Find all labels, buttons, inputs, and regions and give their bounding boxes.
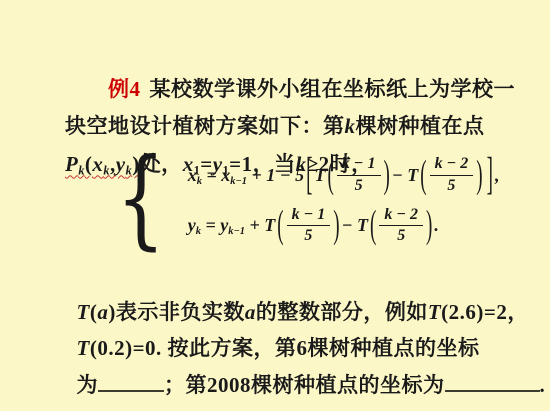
minus: − [342, 215, 357, 235]
sub-k-minus-1: k−1 [228, 226, 245, 237]
example-value: (2.6)=2 [441, 300, 507, 324]
example-value: (0.2)=0. [90, 336, 162, 360]
equations: xk = xk−1 + 1 − 5 [ T ( k − 15 ) − T ( k… [188, 155, 500, 246]
op-plus: + [245, 215, 264, 235]
var-k: k [345, 114, 356, 138]
var-a: a [97, 300, 108, 324]
bracket-open: [ [306, 152, 312, 198]
denominator: 5 [397, 226, 405, 245]
func-T: T [357, 215, 368, 235]
bracket-close: ] [487, 152, 493, 198]
sub-k: k [78, 163, 85, 177]
numerator: k − 2 [430, 155, 474, 175]
definition-line-1: T(a)表示非负实数a的整数部分，例如T(2.6)=2， [42, 258, 550, 294]
minus: − [392, 165, 407, 185]
op-minus-T: − T [342, 215, 368, 236]
problem-line-1: 例4某校数学课外小组在坐标纸上为学校一 [85, 33, 550, 71]
func-T: T [314, 165, 325, 186]
answer-blank-2 [445, 366, 540, 392]
paren-close: ) [426, 206, 432, 245]
fraction: k − 15 [287, 206, 331, 246]
numerator: k − 2 [379, 206, 423, 226]
cjk-wei: 为 [77, 373, 99, 397]
op-plus-1-minus-5: + 1 − 5 [247, 165, 304, 185]
denominator: 5 [355, 176, 363, 195]
example-label: 例4 [108, 77, 141, 101]
func-T: T [77, 336, 90, 360]
period: . [540, 373, 546, 397]
comma: , [495, 165, 500, 186]
eq-y-lhs: yk = yk−1 + T [188, 215, 276, 236]
sub-k-minus-1: k−1 [230, 176, 247, 187]
equals: = [202, 165, 221, 185]
cjk-text: 棵树种植点的坐标为 [251, 373, 445, 397]
equation-y: yk = yk−1 + T ( k − 15 ) − T ( k − 25 ) … [188, 206, 500, 246]
denominator: 5 [304, 226, 312, 245]
numerator: k − 1 [337, 155, 381, 175]
denominator: 5 [447, 176, 455, 195]
op-minus-T: − T [392, 165, 418, 186]
fraction: k − 25 [430, 155, 474, 195]
tree-number-2008: 2008 [207, 373, 251, 397]
var-a: a [245, 300, 256, 324]
paren-close: ) [333, 206, 339, 245]
paren-close: ) [108, 300, 116, 324]
var-x: x [92, 152, 103, 176]
system-brace: { [116, 145, 165, 253]
tree-number-6: 6 [297, 336, 308, 360]
answer-blank-1 [98, 366, 164, 392]
cjk-text: ；第 [164, 373, 207, 397]
var-x: x [188, 165, 197, 185]
var-x-prev: x [221, 165, 230, 185]
equation-x: xk = xk−1 + 1 − 5 [ T ( k − 15 ) − T ( k… [188, 155, 500, 195]
definition-block: T(a)表示非负实数a的整数部分，例如T(2.6)=2， T(0.2)=0. 按… [0, 258, 550, 366]
func-T: T [264, 215, 275, 235]
paren-open: ( [327, 156, 333, 195]
var-y: y [188, 215, 196, 235]
func-T: T [428, 300, 441, 324]
eq-x-lhs: xk = xk−1 + 1 − 5 [188, 165, 304, 186]
paren-close: ) [476, 156, 482, 195]
var-y-prev: y [220, 215, 228, 235]
problem-line-1-text: 某校数学课外小组在坐标纸上为学校一 [150, 77, 516, 101]
paren-open: ( [370, 206, 376, 245]
math-example-slide: 例4某校数学课外小组在坐标纸上为学校一 块空地设计植树方案如下：第k棵树种植在点… [0, 0, 550, 411]
cjk-text: 的整数部分，例如 [256, 300, 428, 324]
problem-line-2-post: 棵树种植在点 [356, 114, 485, 138]
cjk-text: 按此方案，第 [162, 336, 297, 360]
fraction: k − 15 [337, 155, 381, 195]
paren-open: ( [277, 206, 283, 245]
comma: ， [507, 300, 529, 324]
problem-line-2-pre: 块空地设计植树方案如下：第 [65, 114, 345, 138]
numerator: k − 1 [287, 206, 331, 226]
paren-close: ) [384, 156, 390, 195]
period: . [434, 215, 439, 236]
paren-open: ( [420, 156, 426, 195]
fraction: k − 25 [379, 206, 423, 246]
var-P: P [65, 152, 78, 176]
cjk-text: 棵树种植点的坐标 [308, 336, 480, 360]
cjk-text: 表示非负实数 [116, 300, 245, 324]
func-T: T [407, 165, 418, 185]
equals: = [201, 215, 220, 235]
func-T: T [77, 300, 90, 324]
